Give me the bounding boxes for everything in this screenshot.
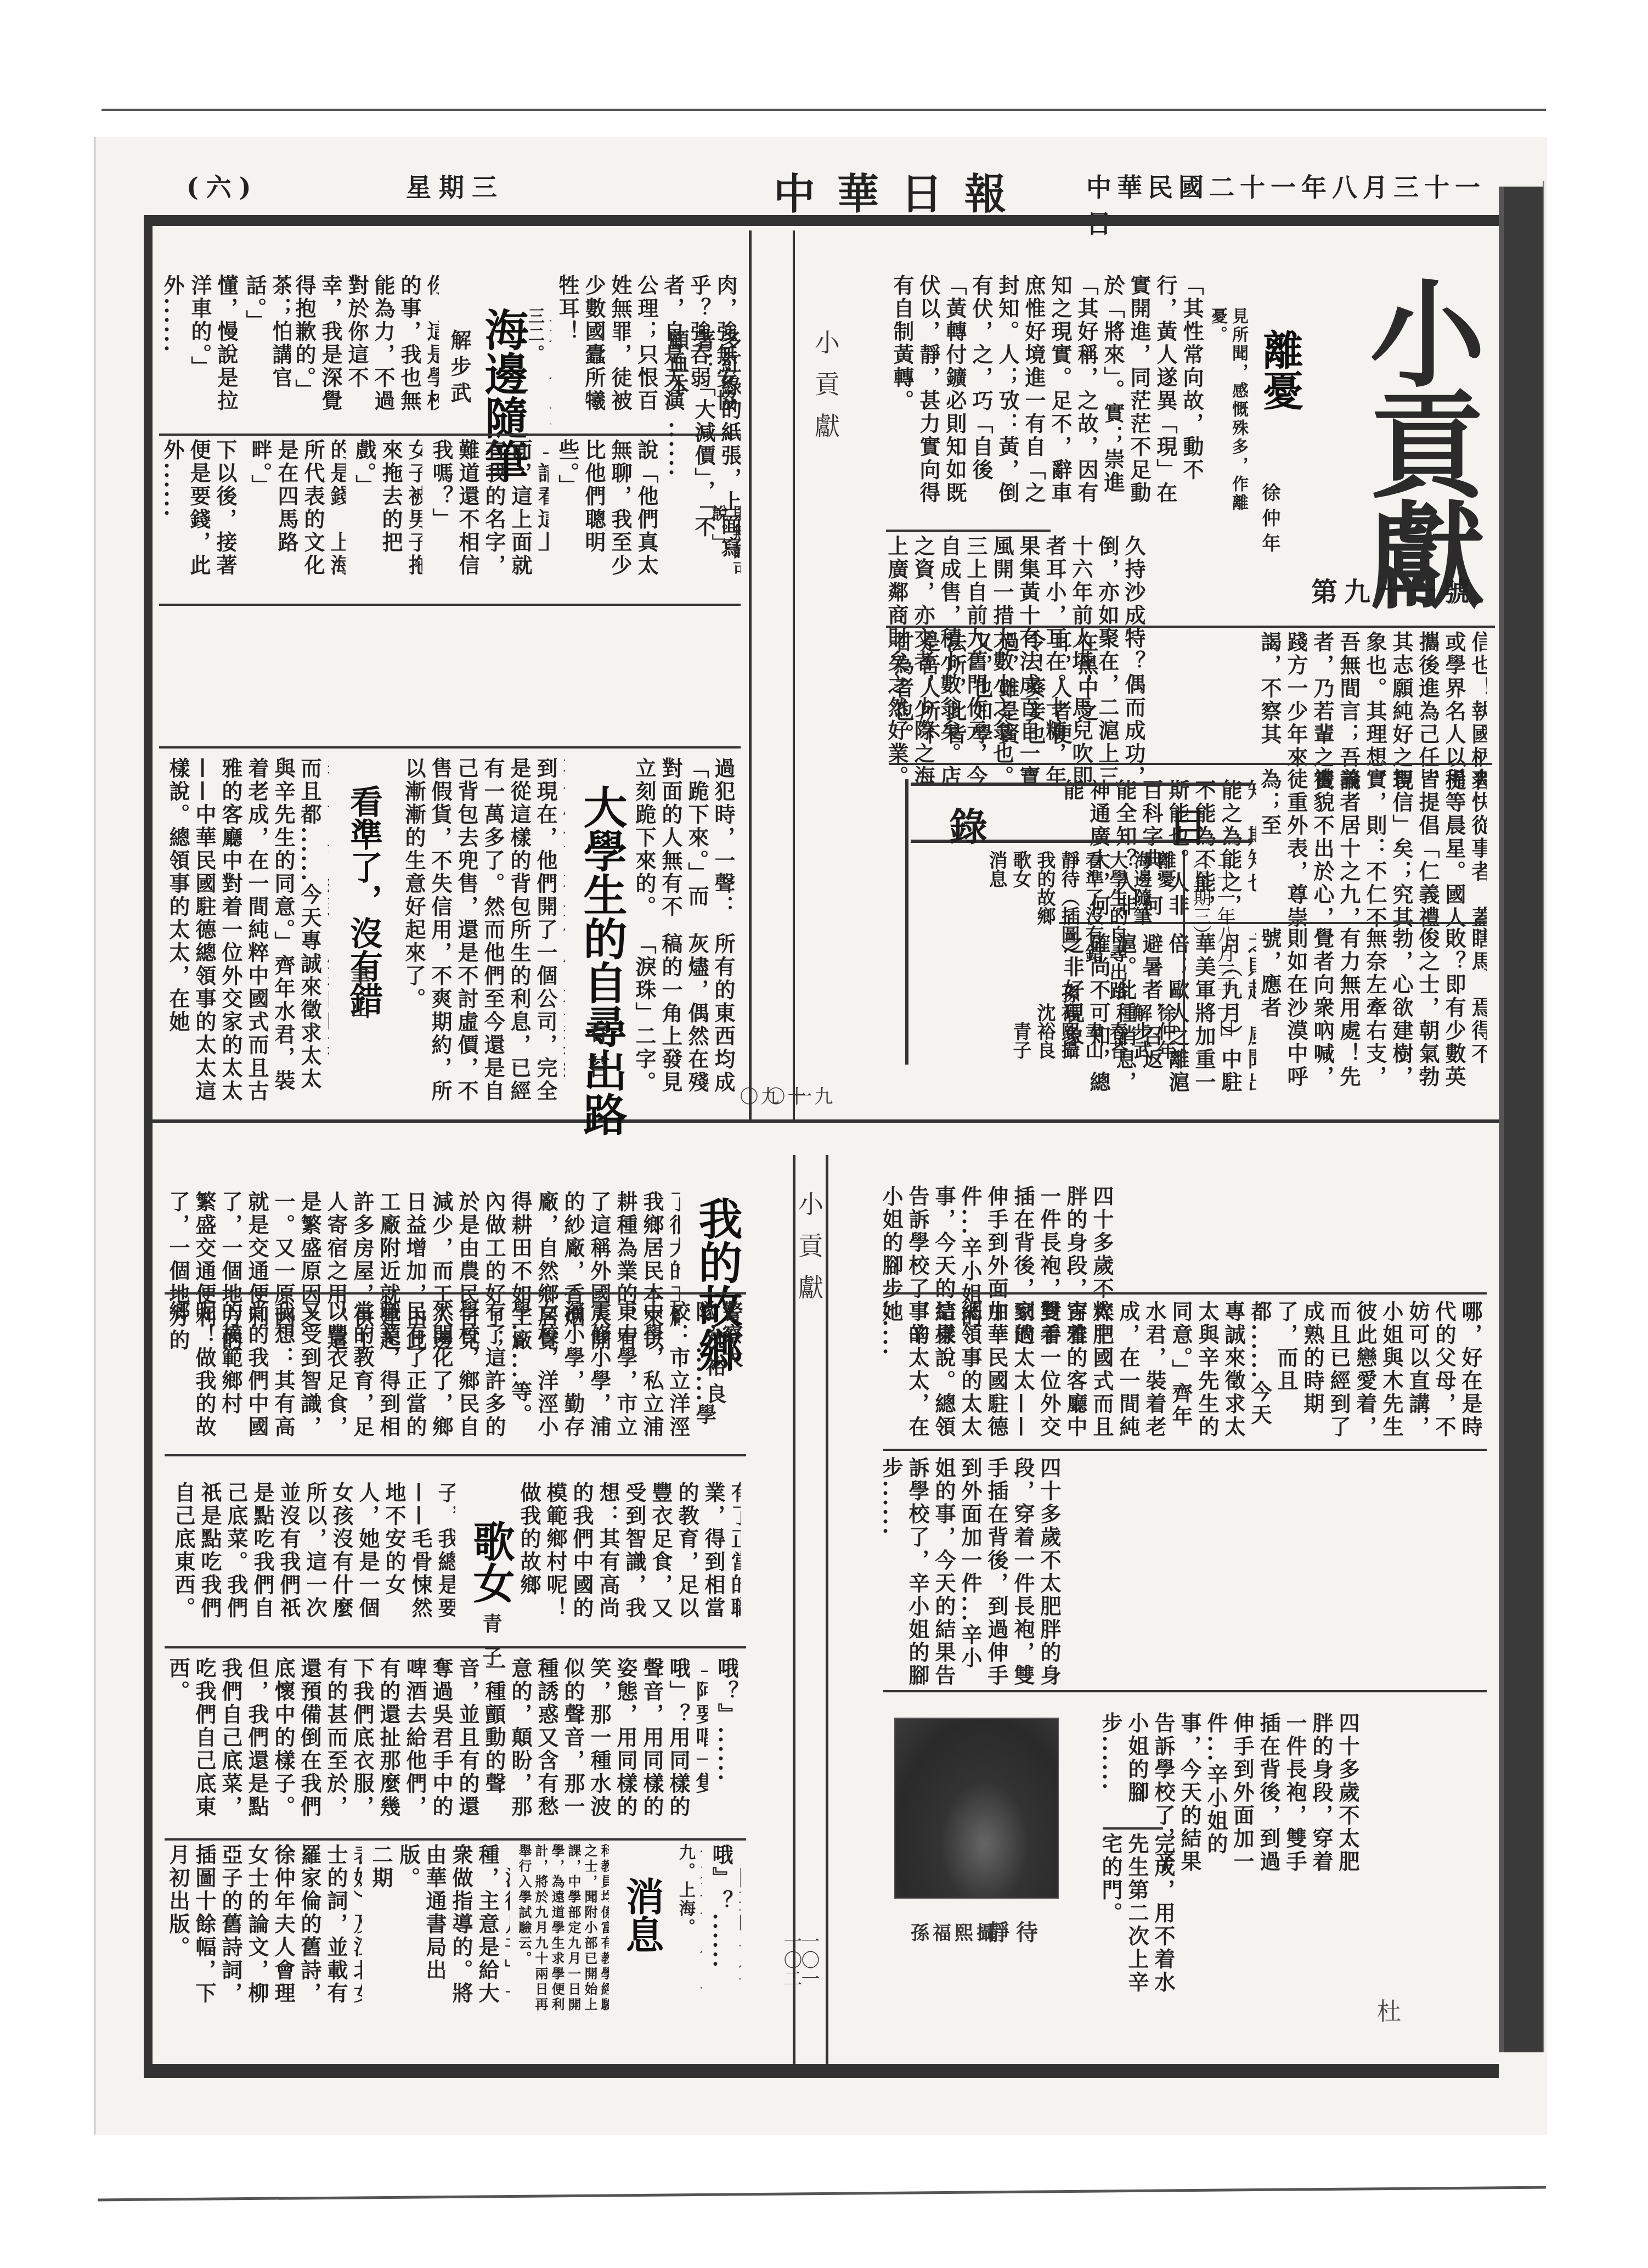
toc-list: 二十一年八月三十一日（星期三） 離憂徐仲年 海邊隨筆解步武 大學生的自尋出路春苔…: [984, 851, 1240, 1059]
rule: [883, 1690, 1487, 1692]
rule: [159, 434, 741, 436]
ge-nv-date: 一九三二，八，二九。上海。: [675, 1844, 702, 2008]
toc-item[interactable]: 歌女青子: [1008, 851, 1032, 1059]
xiao-xi-item-note: 「文藝茶話」第二期: [368, 1844, 395, 2025]
section-label-bottom: 小貢獻: [791, 1191, 827, 1316]
photo-credit: 孫福熙攝: [911, 1918, 998, 1945]
hai-bian-item-3: 甯先生說：「可憐中國的普羅文學，神妙得連有時文學家也看不懂，慢說是拉洋車的。」: [187, 274, 241, 423]
toc-item[interactable]: 靜待（插圖）孫福熙攝: [1057, 851, 1081, 1059]
hai-bian-closing: 則無話可說。」: [708, 505, 741, 604]
toc-item[interactable]: 消息: [984, 851, 1008, 1059]
center-divider-top-right: [793, 230, 795, 1119]
byline-da-xue-sheng: 春苔: [582, 1021, 613, 1091]
toc-item[interactable]: 離憂徐仲年: [1153, 851, 1177, 1059]
rule: [165, 1838, 746, 1841]
table-of-contents: 錄 目 二十一年八月三十一日（星期三） 離憂徐仲年 海邊隨筆解步武 大學生的自尋…: [905, 779, 1251, 1065]
xiao-xi-item-3: 中將登載曹誠英女士（胡適先生表妹）及江北女士的詞，並載有羅家倫的舊詩，徐仲年夫人…: [165, 1844, 362, 2025]
hai-bian-item-8: 某文學家說：「上海所代表的是錢，上海所代表的文化是在四馬路畔。」: [247, 439, 346, 598]
center-divider-top-left: [749, 230, 752, 1119]
page-number-102: 一〇二: [778, 1932, 805, 1988]
binding-strip: [1499, 187, 1544, 2052]
section-label-top: 小貢獻: [808, 329, 844, 454]
hai-bian-item-1: 內地某中學生，因為看了情書一束，致被學校開除，寫信向作者訴苦。作者答覆他說，「學…: [291, 274, 439, 423]
horizontal-fold-rule: [144, 1119, 1499, 1123]
jiang-jun-item: 某將軍威猛如虎，治軍極嚴，不論官兵，一律打板子，在電話裏問答，隨時有過犯時，一聲…: [631, 757, 741, 922]
bottom-margin-rule: [98, 2186, 1546, 2201]
page-header: (六) 星期三 中華日報 中華民國二十一年八月三十一日: [104, 167, 1498, 211]
byline-hai-bian-sui-bi: 解步武: [444, 329, 475, 408]
li-you-para-3: 在黑中之耳，人者便令！葵妾也過，雖是賢又，也如學法所，此皆是吾人所不甘為者也。: [889, 631, 1240, 757]
toc-date: 二十一年八月三十一日（星期三）: [1183, 851, 1240, 1059]
binding-edge-line: [1543, 181, 1544, 2052]
masthead-title: 小貢獻: [1355, 274, 1481, 607]
hai-bian-item-2: 教先生說：「廣東人有三大怕：怕穿馬褂；怕飲熱茶；怕講官話。」: [241, 274, 291, 423]
rule: [883, 1449, 1487, 1451]
hai-bian-item-9-cont: 中國人的兒子給老子寫信，從父親大人膝下以後，接著便是要錢，此外......: [159, 439, 241, 598]
rule: [1103, 1827, 1163, 1830]
wo-de-gu-xiang-tail: 繁盛交通不便，那地方，無論如何不能繁盛的。我故鄉附近的交通，到上海去，那沿浦濱一…: [516, 1482, 741, 1641]
hai-bian-item-6: 某小學校長走到一家水菓店裏，想賒帳，店裏人猶豫不決，校長從容不迫地從袋裏摸出一張…: [428, 439, 549, 598]
newspaper-name: 中華日報: [774, 161, 1028, 221]
editorial-block-1: 至為？是知而言，是力而行；斯為正道。然，吾人縱目四睹，無知者或一知半解者，以庸庸…: [1256, 927, 1487, 1108]
rule: [159, 746, 741, 749]
rule: [886, 530, 1051, 532]
ge-nv-refrain-2: 『阿要唱一隻哦』？......: [708, 1844, 741, 2008]
rule: [159, 604, 741, 606]
hai-bian-item-9: 中國人的兒子給老子寫信，從父親大人膝下以後，接著便是要錢，此外......: [159, 274, 187, 423]
rule: [883, 1292, 1487, 1295]
toc-heading: 錄 目: [911, 783, 1251, 843]
section-band-bottom: 小貢獻 一〇一 一〇二: [793, 1191, 826, 2014]
xin-xiao-jie-body-3: 四十多歲不太肥胖的身段，穿着一件長袍，雙手插在背後，到過伸手到外面加一件...辛…: [878, 1457, 1487, 1687]
toc-item[interactable]: 海邊隨筆解步武: [1129, 851, 1153, 1059]
ge-nv-body: 三個人剛坐下，一個十二歲的女孩走了過來，那樣，將身體靠在桌邊，扭着，從那染過口紅…: [170, 1482, 455, 1641]
page-label: (六): [187, 167, 259, 204]
da-xue-sheng-body: 北平有兩個大學生，他們不想做官發財，也不想游手偷閒。他們就在北平做生意，自己背了…: [400, 757, 565, 1108]
toc-item[interactable]: 我的故鄉沈裕良: [1032, 851, 1057, 1059]
masthead: 小貢獻 第九十一號: [1311, 263, 1492, 626]
top-margin-rule: [101, 109, 1546, 111]
rule: [165, 1646, 746, 1648]
rule: [165, 1454, 746, 1456]
hai-bian-item-5: 某大學生在游藝場上消遣，有人問他，他說「他們真太無聊，我至少比他們聰明些。」: [554, 439, 658, 598]
editorial-block-2: 有是，非非是，非非亦是，口曰：「非」，口曰「是」，心想：「是」，心想：「非」：處…: [1256, 768, 1487, 933]
toc-item[interactable]: 看準了沒有錯聿山: [1081, 851, 1105, 1059]
li-you-preface: 僕留歐十載，返國兩年，所見所聞，感慨殊多，作離憂。: [1207, 307, 1251, 549]
rule: [886, 626, 1495, 628]
page-number-100: 一〇〇: [734, 1087, 815, 1105]
xiao-xi-item-2: 律師陳承蔭創辦「法律月刊」一種，主意是給大衆做指導的。將由華通書局出版。: [395, 1844, 510, 2025]
xin-xiao-jie-ending: 生又問：「看錯了沒有」？「沒有錯」。辛小姐肯定了。於是這樁好事就很容易的完成，用…: [1097, 1833, 1179, 2014]
xiao-xi-item-1: 新閘路光夏中學暑假後，實行教務革新，添聘燕京大學文學士戴准清，暨南女子大學文學士…: [516, 1844, 609, 2025]
rule: [165, 1292, 746, 1295]
article-title-xiao-xi: 消息: [614, 1877, 670, 1954]
byline-li-you: 徐仲年: [1256, 483, 1283, 559]
ge-nv-body-2: 我們祇是點我們自己底菜，我們祇是吃我們自己底東西。「阿要唱一隻哦？」兩角洋鈿，噴…: [165, 1657, 708, 1833]
issue-number: 第九十一號: [1311, 571, 1476, 609]
rule: [889, 763, 1492, 765]
section-band-top: 小貢獻 九十九 一〇〇: [798, 329, 853, 1098]
toc-heading-right: 目: [1169, 797, 1207, 852]
li-you-para-1: 惟：天其不好白人好動，黃人好靜。進：「其性常向故，動不行，黃人遂異「現」在實開進…: [889, 274, 1207, 527]
byline-kan-zhun-le: 聿山: [346, 966, 374, 1032]
toc-heading-left: 錄: [949, 797, 987, 852]
jing-dai-photo: [894, 1718, 1059, 1899]
wo-de-gu-xiang-body-2: 繁盛交通不便，那地方，無論如何不能繁盛的。我故鄉附近的交通，到上海去，那沿浦濱一…: [165, 1301, 746, 1449]
article-title-li-you: 離憂: [1251, 329, 1309, 410]
toc-item[interactable]: 大學生的自尋出路春苔: [1105, 851, 1129, 1059]
article-title-ge-nv: 歌女: [461, 1520, 521, 1603]
ge-nv-refrain: 『阿要唱一隻哦？』......: [713, 1657, 741, 1822]
nv-zi-shu-dian-item: 女子書店的老板姚明達先生，從閘北的房子火燒了以後，一天，帶着絕望的心情走回去憑弔…: [631, 933, 741, 1114]
xin-xiao-jie-body-2: 「今天輕意的來到府上，但是帶來的一個使命卻很重大；就是小姐和歐校的木先生的事：：…: [878, 1301, 1487, 1443]
corner-mark: 杜: [1377, 1992, 1401, 2027]
kan-zhun-le-body: 「今天輕意的來到府上，但是帶來的一個使命卻很重大；就是小姐和歐校的木先生的事：：…: [165, 757, 329, 1108]
hai-bian-item-7: 某女士說：「跳舞是一種女子被男子拖來拖去的把戲。」: [351, 439, 422, 598]
weekday: 星期三: [406, 167, 505, 204]
